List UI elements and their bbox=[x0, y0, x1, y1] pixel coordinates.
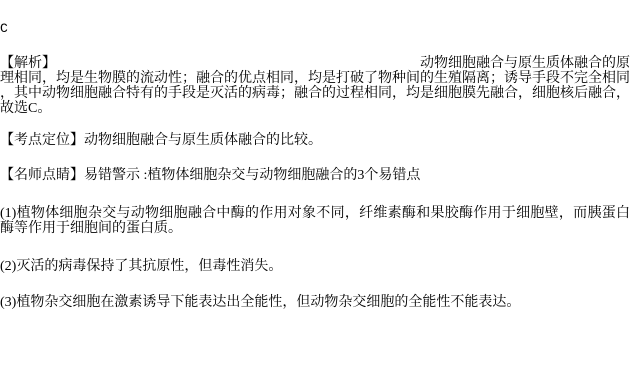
answer-analysis-document: C 【解析】 动物细胞融合与原生质体融合的原 理相同，均是生物膜的流动性；融合的… bbox=[0, 0, 630, 374]
analysis-line-1: 【解析】 动物细胞融合与原生质体融合的原 bbox=[0, 56, 630, 71]
analysis-line-2: 理相同，均是生物膜的流动性；融合的优点相同，均是打破了物种间的生殖隔离；诱导手段… bbox=[0, 71, 630, 86]
teacher-tip-line: 【名师点睛】易错警示 :植物体细胞杂交与动物细胞融合的3个易错点 bbox=[0, 168, 630, 183]
analysis-line-1-text: 动物细胞融合与原生质体融合的原 bbox=[420, 56, 630, 71]
analysis-line-3: ，其中动物细胞融合特有的手段是灭活的病毒；融合的过程相同，均是细胞膜先融合，细胞… bbox=[0, 86, 630, 101]
point-2-line: (2)灭活的病毒保持了其抗原性，但毒性消失。 bbox=[0, 259, 630, 274]
point-1-paragraph: (1)植物体细胞杂交与动物细胞融合中酶的作用对象不同，纤维素酶和果胶酶作用于细胞… bbox=[0, 206, 630, 236]
analysis-section: 【解析】 动物细胞融合与原生质体融合的原 理相同，均是生物膜的流动性；融合的优点… bbox=[0, 56, 630, 116]
analysis-line-4: 故选C。 bbox=[0, 101, 630, 116]
point-1-line-1: (1)植物体细胞杂交与动物细胞融合中酶的作用对象不同，纤维素酶和果胶酶作用于细胞… bbox=[0, 206, 630, 221]
answer-letter: C bbox=[0, 0, 630, 36]
point-1-line-2: 酶等作用于细胞间的蛋白质。 bbox=[0, 221, 630, 236]
exam-point-line: 【考点定位】动物细胞融合与原生质体融合的比较。 bbox=[0, 133, 630, 148]
analysis-label: 【解析】 bbox=[0, 56, 56, 71]
point-3-line: (3)植物杂交细胞在激素诱导下能表达出全能性，但动物杂交细胞的全能性不能表达。 bbox=[0, 295, 630, 310]
